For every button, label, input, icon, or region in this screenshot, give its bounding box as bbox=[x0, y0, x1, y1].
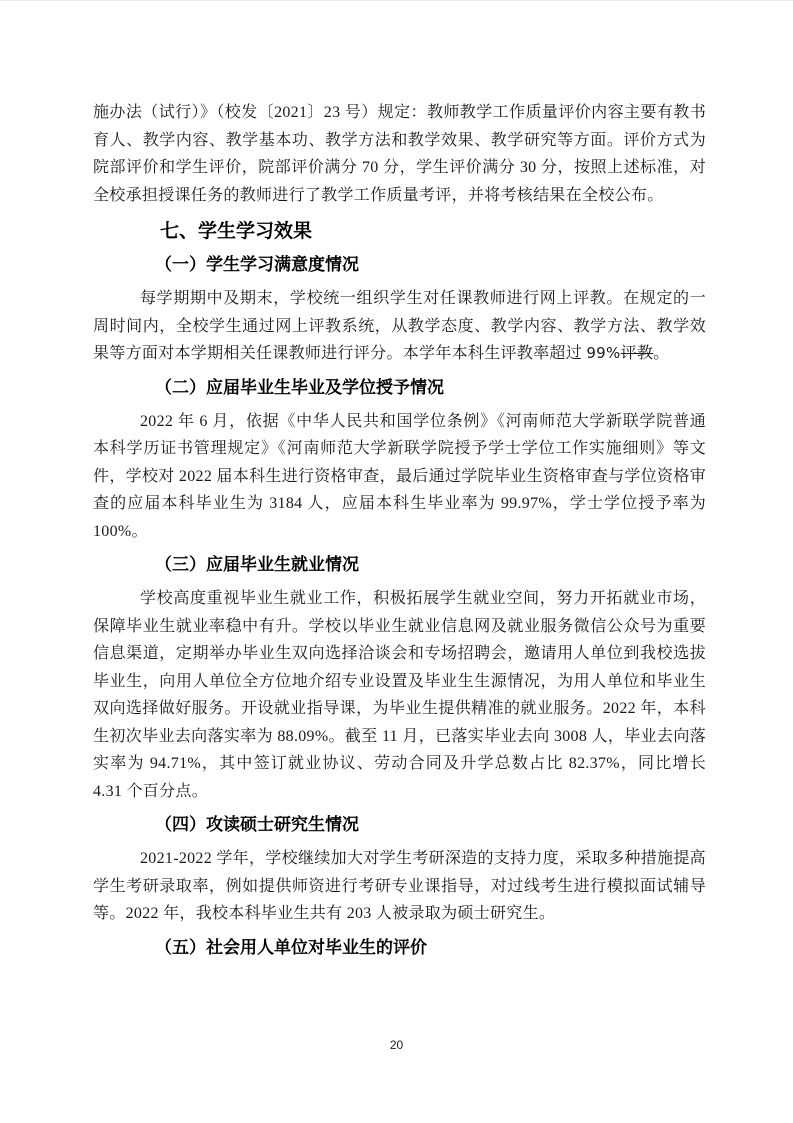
subsection-2-heading: （二）应届毕业生毕业及学位授予情况 bbox=[155, 376, 706, 400]
subsection-2-paragraph: 2022 年 6 月，依据《中华人民共和国学位条例》《河南师范大学新联学院普通本… bbox=[93, 408, 706, 546]
subsection-4-heading: （四）攻读硕士研究生情况 bbox=[155, 813, 706, 837]
page-number: 20 bbox=[0, 1038, 793, 1052]
subsection-1-paragraph: 每学期期中及期末，学校统一组织学生对任课教师进行网上评教。在规定的一周时间内，全… bbox=[93, 285, 706, 368]
section-heading-7: 七、学生学习效果 bbox=[160, 219, 706, 245]
evaluation-rate-value: 99% bbox=[586, 344, 620, 362]
document-page: 施办法（试行）》（校发〔2021〕23 号）规定：教师教学工作质量评价内容主要有… bbox=[0, 0, 793, 1123]
document-content: 施办法（试行）》（校发〔2021〕23 号）规定：教师教学工作质量评价内容主要有… bbox=[93, 99, 706, 960]
subsection-1-tail: 。 bbox=[653, 345, 669, 362]
subsection-3-paragraph: 学校高度重视毕业生就业工作，积极拓展学生就业空间，努力开拓就业市场，保障毕业生就… bbox=[93, 585, 706, 805]
subsection-5-heading: （五）社会用人单位对毕业生的评价 bbox=[155, 936, 706, 960]
continuation-paragraph: 施办法（试行）》（校发〔2021〕23 号）规定：教师教学工作质量评价内容主要有… bbox=[93, 99, 706, 209]
struck-text: 评教 bbox=[621, 345, 654, 362]
subsection-3-heading: （三）应届毕业生就业情况 bbox=[155, 553, 706, 577]
subsection-4-paragraph: 2021-2022 学年，学校继续加大对学生考研深造的支持力度，采取多种措施提高… bbox=[93, 845, 706, 928]
subsection-1-heading: （一）学生学习满意度情况 bbox=[155, 253, 706, 277]
